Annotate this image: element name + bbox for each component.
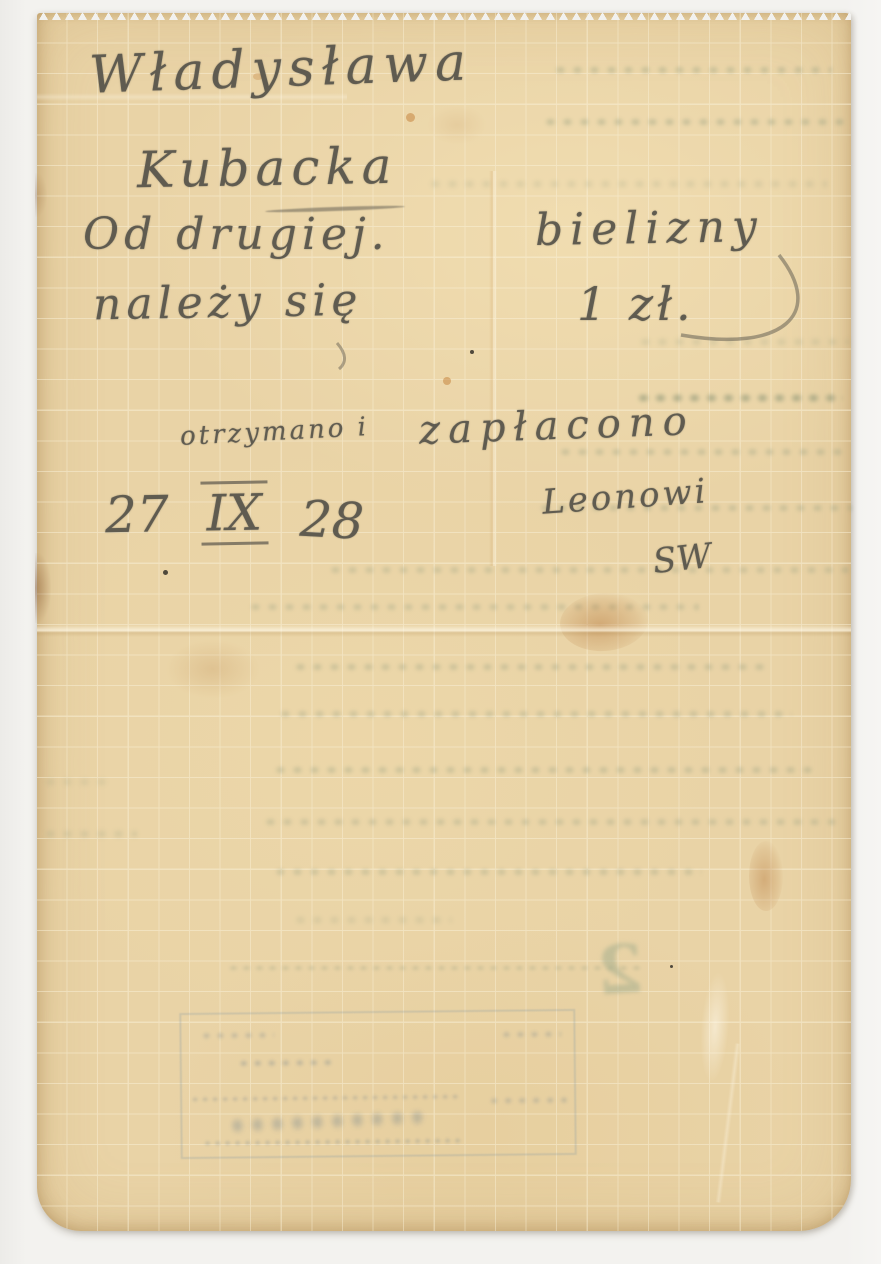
date-month: IX [200,480,268,545]
handwritten-date: 27 IX 28 [104,479,363,548]
torn-top-edge [37,12,851,20]
date-year: 28 [298,490,365,551]
document-scan: 2 [0,0,881,1264]
handwritten-paid: zapłacono [418,398,695,454]
date-day: 27 [105,485,170,544]
receipt-paper: 2 [37,13,851,1231]
handwritten-body2-left: należy się [93,275,363,331]
handwritten-body-left: Od drugiej. [83,209,390,260]
horizontal-fold-crease [37,625,851,637]
vertical-crease [489,171,497,566]
ghost-stamp [179,1009,577,1159]
handwritten-surname: Kubacka [137,137,398,200]
bleedthrough-numeral: 2 [594,929,645,1010]
handwritten-body-right: bielizny [535,201,765,256]
handwritten-amount: 1 zł. [577,277,695,331]
handwritten-initials: SW [651,536,713,582]
